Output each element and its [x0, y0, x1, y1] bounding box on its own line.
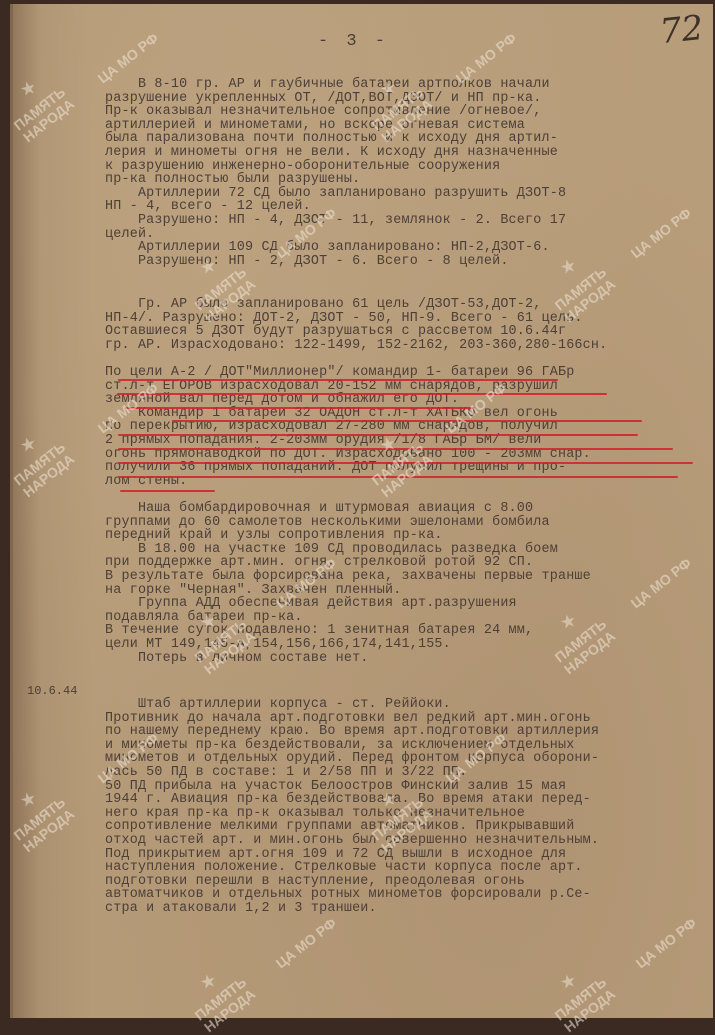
text-line: лась 50 ПД в составе: 1 и 2/58 ПП и 3/22… [105, 766, 710, 780]
paragraph-aviation-recon: Наша бомбардировочная и штурмовая авиаци… [105, 502, 710, 665]
paragraph-group-ar: Гр. АР было запланировано 61 цель /ДЗОТ-… [105, 298, 710, 352]
text-line: Группа АДД обеспечивая действия арт.разр… [105, 597, 710, 611]
text-line: Штаб артиллерии корпуса - ст. Реййоки. [105, 698, 710, 712]
red-underline [117, 393, 607, 395]
text-line: Наша бомбардировочная и штурмовая авиаци… [105, 502, 710, 516]
archive-folio-number: 72 [658, 8, 705, 52]
text-line: Артиллерии 72 СД было запланировано разр… [105, 187, 710, 201]
page-edge-shadow [10, 4, 40, 1018]
text-line: наступления положение. Стрелковые части … [105, 861, 710, 875]
text-line: передний край и узлы сопротивления пр-ка… [105, 529, 710, 543]
red-underline [118, 462, 693, 464]
text-line: при поддержке арт.мин. огня, стрелковой … [105, 556, 710, 570]
text-line: По цели А-2 / ДОТ"Миллионер"/ командир 1… [105, 366, 710, 380]
text-line: НП-4/. Разрушено: ДОТ-2, ДЗОТ - 50, НП-9… [105, 312, 710, 326]
text-line: Потерь в личном составе нет. [105, 652, 710, 666]
text-line: Разрушено: НП - 4, ДЗОТ - 11, землянок -… [105, 214, 710, 228]
text-line: к разрушению инженерно-оборонительные со… [105, 160, 710, 174]
text-line: цели МТ 149,145-А,154,156,166,174,141,15… [105, 638, 710, 652]
text-line: автоматчиков и отдельных ротных миномето… [105, 888, 710, 902]
text-line: земляной вал перед дотом и обнажил его Д… [105, 393, 710, 407]
text-line: отход частей арт. и мин.огонь был соверш… [105, 834, 710, 848]
text-line: разрушение укрепленных ОТ, /ДОТ,ВОТ,ДЗОТ… [105, 92, 710, 106]
red-underline [118, 434, 638, 436]
text-line: стра и атаковали 1,2 и 3 траншеи. [105, 902, 710, 916]
text-line: В течение суток подавлено: 1 зенитная ба… [105, 624, 710, 638]
text-line: НП - 4, всего - 12 целей. [105, 200, 710, 214]
text-line: Противник до начала арт.подготовки вел р… [105, 712, 710, 726]
paragraph-corps-hq: Штаб артиллерии корпуса - ст. Реййоки.Пр… [105, 698, 710, 916]
text-line: по перекрытию, израсходовал 27-280 мм сн… [105, 420, 710, 434]
text-line: Разрушено: НП - 2, ДЗОТ - 6. Всего - 8 ц… [105, 255, 710, 269]
text-line: В 18.00 на участке 109 СД проводилась ра… [105, 543, 710, 557]
text-line: гр. АР. Израсходовано: 122-1499, 152-216… [105, 339, 710, 353]
red-underline [125, 407, 475, 409]
text-line: него края пр-ка пр-к оказывал только нез… [105, 807, 710, 821]
text-line: артиллерией и минометами, но вскоре огне… [105, 119, 710, 133]
text-line: 2 прямых попадания. 2-203мм орудия /1/8 … [105, 434, 710, 448]
text-line: целей. [105, 228, 710, 242]
text-line: группами до 60 самолетов несколькими эше… [105, 516, 710, 530]
red-underline [172, 420, 642, 422]
red-underline [120, 490, 215, 492]
text-line: Под прикрытием арт.огня 109 и 72 СД вышл… [105, 848, 710, 862]
text-line: на горке "Черная". Захвачен пленный. [105, 584, 710, 598]
paragraph-destruction-summary: В 8-10 гр. АР и гаубичные батареи артпол… [105, 78, 710, 268]
text-line: подавляла батареи пр-ка. [105, 611, 710, 625]
text-line: В результате была форсирована река, захв… [105, 570, 710, 584]
text-line: Артиллерии 109 СД было запланировано: НП… [105, 241, 710, 255]
text-line: и минометы пр-ка бездействовали, за искл… [105, 739, 710, 753]
text-line: 1944 г. Авиация пр-ка бездействовала. Во… [105, 793, 710, 807]
text-line: по нашему переднему краю. Во время арт.п… [105, 725, 710, 739]
text-line: сопротивление мелкими группами автоматчи… [105, 820, 710, 834]
margin-date: 10.6.44 [27, 684, 77, 698]
text-line: лерия и минометы огня не вели. К исходу … [105, 146, 710, 160]
text-line: В 8-10 гр. АР и гаубичные батареи артпол… [105, 78, 710, 92]
text-line: была парализована почти полностью и к ис… [105, 132, 710, 146]
text-line: 50 ПД прибыла на участок Белоостров Финс… [105, 780, 710, 794]
text-line: подготовки перешли в наступление, преодо… [105, 875, 710, 889]
text-line: пр-ка полностью были разрушены. [105, 173, 710, 187]
text-line: Пр-к оказывал незначительное сопротивлен… [105, 105, 710, 119]
red-underline [118, 476, 678, 478]
text-line: Гр. АР было запланировано 61 цель /ДЗОТ-… [105, 298, 710, 312]
red-underline [118, 379, 558, 381]
text-line: ст.л-т ЕГОРОВ израсходовал 20-152 мм сна… [105, 380, 710, 394]
paragraph-dot-millioner: По цели А-2 / ДОТ"Миллионер"/ командир 1… [105, 366, 710, 488]
red-underline [118, 448, 673, 450]
page-number: - 3 - [318, 32, 389, 51]
text-line: Оставшиеся 5 ДЗОТ будут разрушаться с ра… [105, 325, 710, 339]
text-line: минометов и отдельных орудий. Перед фрон… [105, 752, 710, 766]
